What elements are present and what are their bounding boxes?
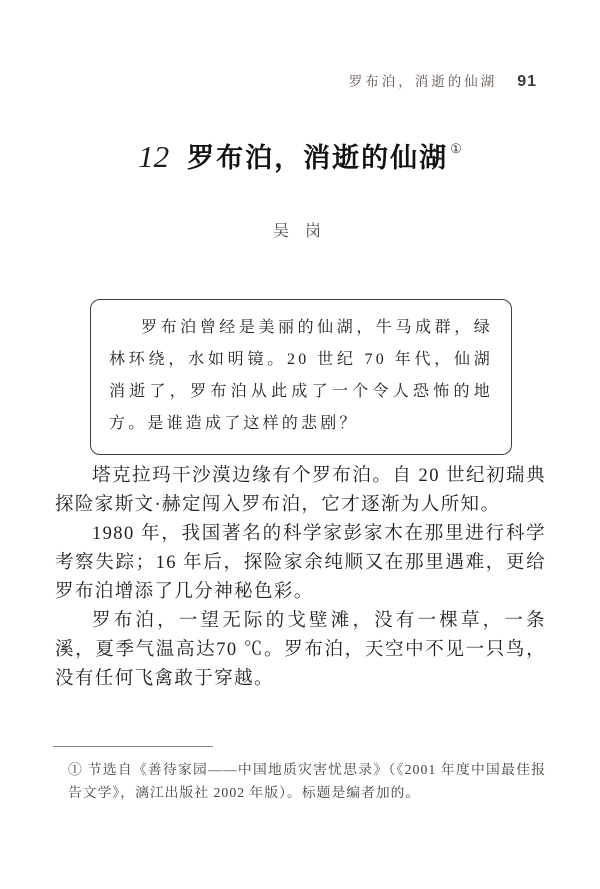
lesson-title: 12罗布泊，消逝的仙湖① — [0, 136, 600, 175]
body-text: 塔克拉玛干沙漠边缘有个罗布泊。自 20 世纪初瑞典探险家斯文·赫定闯入罗布泊，它… — [55, 462, 546, 694]
summary-box: 罗布泊曾经是美丽的仙湖，牛马成群，绿林环绕，水如明镜。20 世纪 70 年代，仙… — [90, 299, 512, 455]
footnote-divider — [53, 746, 213, 747]
paragraph: 塔克拉玛干沙漠边缘有个罗布泊。自 20 世纪初瑞典探险家斯文·赫定闯入罗布泊，它… — [55, 462, 546, 520]
footnote-reference-mark: ① — [450, 141, 462, 156]
running-head-title: 罗布泊，消逝的仙湖 — [349, 70, 498, 90]
running-head: 罗布泊，消逝的仙湖 91 — [349, 70, 537, 91]
page-number: 91 — [517, 73, 537, 91]
summary-box-text: 罗布泊曾经是美丽的仙湖，牛马成群，绿林环绕，水如明镜。20 世纪 70 年代，仙… — [109, 312, 493, 440]
textbook-page: 罗布泊，消逝的仙湖 91 12罗布泊，消逝的仙湖① 吴 岗 罗布泊曾经是美丽的仙… — [0, 0, 600, 889]
footnote: ① 节选自《善待家园——中国地质灾害忧思录》（《2001 年度中国最佳报告文学》… — [68, 758, 546, 804]
paragraph: 1980 年，我国著名的科学家彭家木在那里进行科学考察失踪；16 年后，探险家余… — [55, 520, 546, 607]
footnote-text: ① 节选自《善待家园——中国地质灾害忧思录》（《2001 年度中国最佳报告文学》… — [68, 758, 546, 804]
lesson-number: 12 — [138, 139, 169, 174]
paragraph: 罗布泊，一望无际的戈壁滩，没有一棵草，一条溪，夏季气温高达70 ℃。罗布泊，天空… — [55, 607, 546, 694]
lesson-name: 罗布泊，消逝的仙湖 — [187, 143, 448, 173]
author-name: 吴 岗 — [0, 218, 600, 241]
